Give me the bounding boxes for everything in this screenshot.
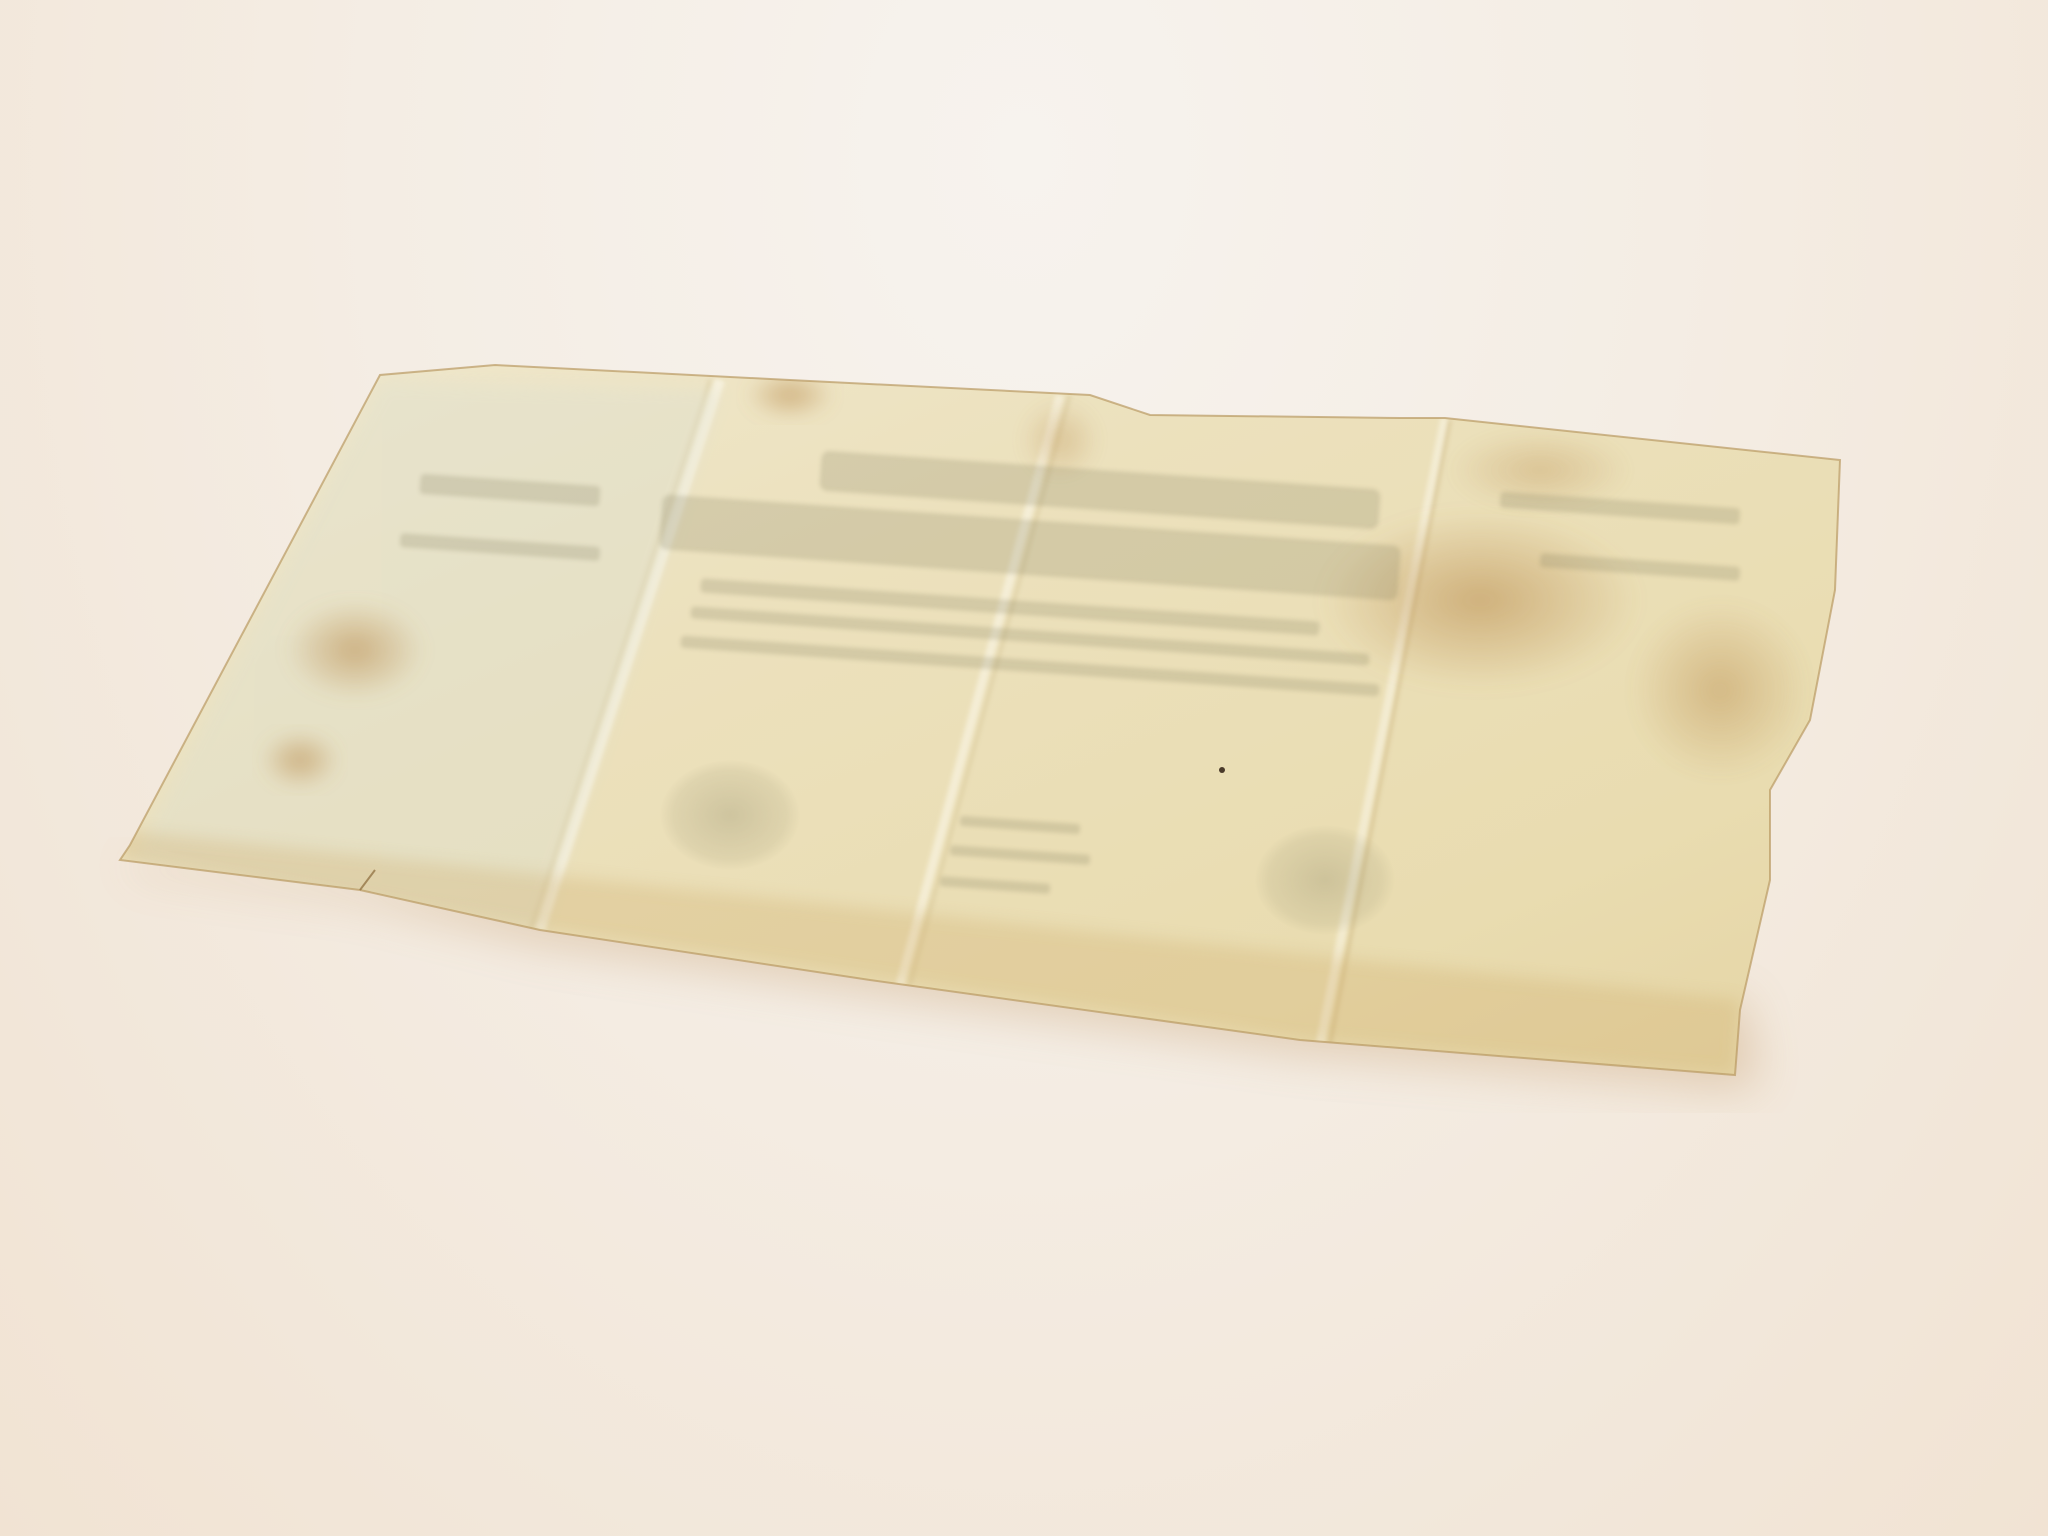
ink-speck xyxy=(1219,767,1225,773)
stamp-left xyxy=(660,760,800,870)
banknote xyxy=(0,0,2048,1536)
photo-scene: Old worn banknote lying on a light surfa… xyxy=(0,0,2048,1536)
stamp-right xyxy=(1255,825,1395,935)
